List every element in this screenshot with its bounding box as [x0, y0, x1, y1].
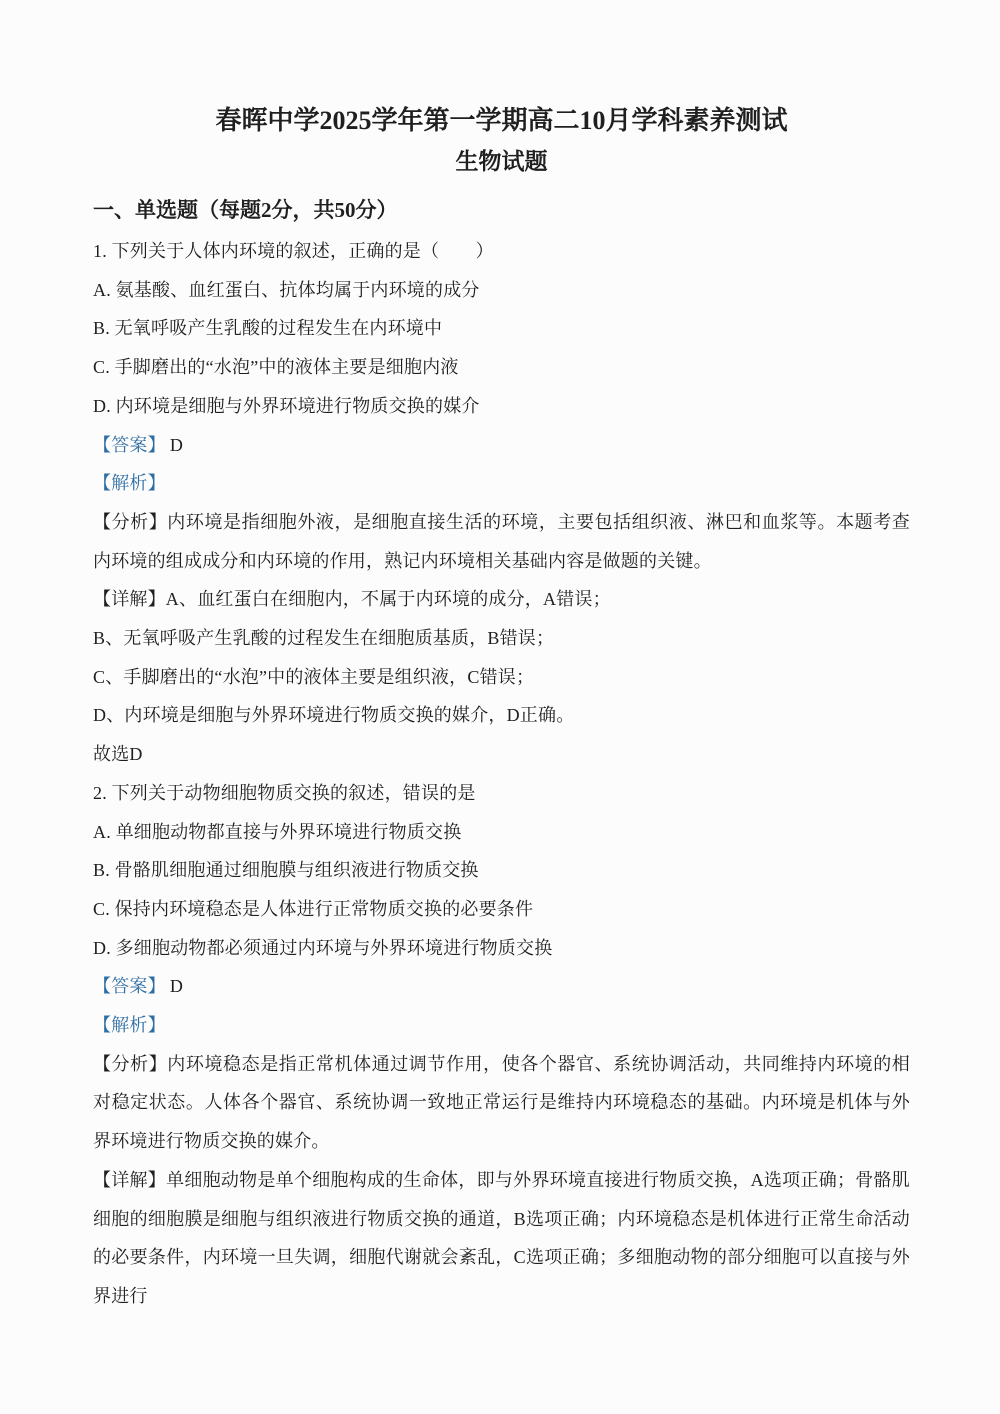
exam-title: 春晖中学2025学年第一学期高二10月学科素养测试	[93, 100, 910, 142]
question-1-answer-line: 【答案】D	[93, 426, 910, 465]
question-2-option-c: C. 保持内环境稳态是人体进行正常物质交换的必要条件	[93, 890, 910, 929]
question-1-detail-a: 【详解】A、血红蛋白在细胞内，不属于内环境的成分，A错误；	[93, 580, 910, 619]
question-1-option-d: D. 内环境是细胞与外界环境进行物质交换的媒介	[93, 387, 910, 426]
question-1-option-b: B. 无氧呼吸产生乳酸的过程发生在内环境中	[93, 309, 910, 348]
question-1-conclusion: 故选D	[93, 735, 910, 774]
exam-document: 春晖中学2025学年第一学期高二10月学科素养测试 生物试题 一、单选题（每题2…	[0, 0, 1000, 1316]
question-2-option-d: D. 多细胞动物都必须通过内环境与外界环境进行物质交换	[93, 929, 910, 968]
answer-value: D	[166, 435, 183, 455]
question-1-detail-c: C、手脚磨出的“水泡”中的液体主要是组织液，C错误；	[93, 658, 910, 697]
question-1-analysis-text: 【分析】内环境是指细胞外液，是细胞直接生活的环境，主要包括组织液、淋巴和血浆等。…	[93, 503, 910, 580]
question-1-detail-b: B、无氧呼吸产生乳酸的过程发生在细胞质基质，B错误；	[93, 619, 910, 658]
question-2-detail-text: 【详解】单细胞动物是单个细胞构成的生命体，即与外界环境直接进行物质交换，A选项正…	[93, 1161, 910, 1316]
question-2-analysis-text: 【分析】内环境稳态是指正常机体通过调节作用，使各个器官、系统协调活动，共同维持内…	[93, 1045, 910, 1161]
analysis-label: 【解析】	[93, 473, 166, 493]
analysis-label: 【解析】	[93, 1015, 166, 1035]
question-2-stem: 2. 下列关于动物细胞物质交换的叙述，错误的是	[93, 774, 910, 813]
question-1-stem: 1. 下列关于人体内环境的叙述，正确的是（ ）	[93, 232, 910, 271]
question-2-analysis-label: 【解析】	[93, 1006, 910, 1045]
question-1-option-c: C. 手脚磨出的“水泡”中的液体主要是细胞内液	[93, 348, 910, 387]
question-1-option-a: A. 氨基酸、血红蛋白、抗体均属于内环境的成分	[93, 271, 910, 310]
question-2-option-b: B. 骨骼肌细胞通过细胞膜与组织液进行物质交换	[93, 851, 910, 890]
answer-label: 【答案】	[93, 976, 166, 996]
question-1-analysis-label: 【解析】	[93, 464, 910, 503]
answer-value: D	[166, 976, 183, 996]
section-heading: 一、单选题（每题2分，共50分）	[93, 188, 910, 232]
question-1-detail-d: D、内环境是细胞与外界环境进行物质交换的媒介，D正确。	[93, 696, 910, 735]
answer-label: 【答案】	[93, 435, 166, 455]
exam-subtitle: 生物试题	[93, 142, 910, 182]
question-2-option-a: A. 单细胞动物都直接与外界环境进行物质交换	[93, 813, 910, 852]
question-2-answer-line: 【答案】D	[93, 967, 910, 1006]
